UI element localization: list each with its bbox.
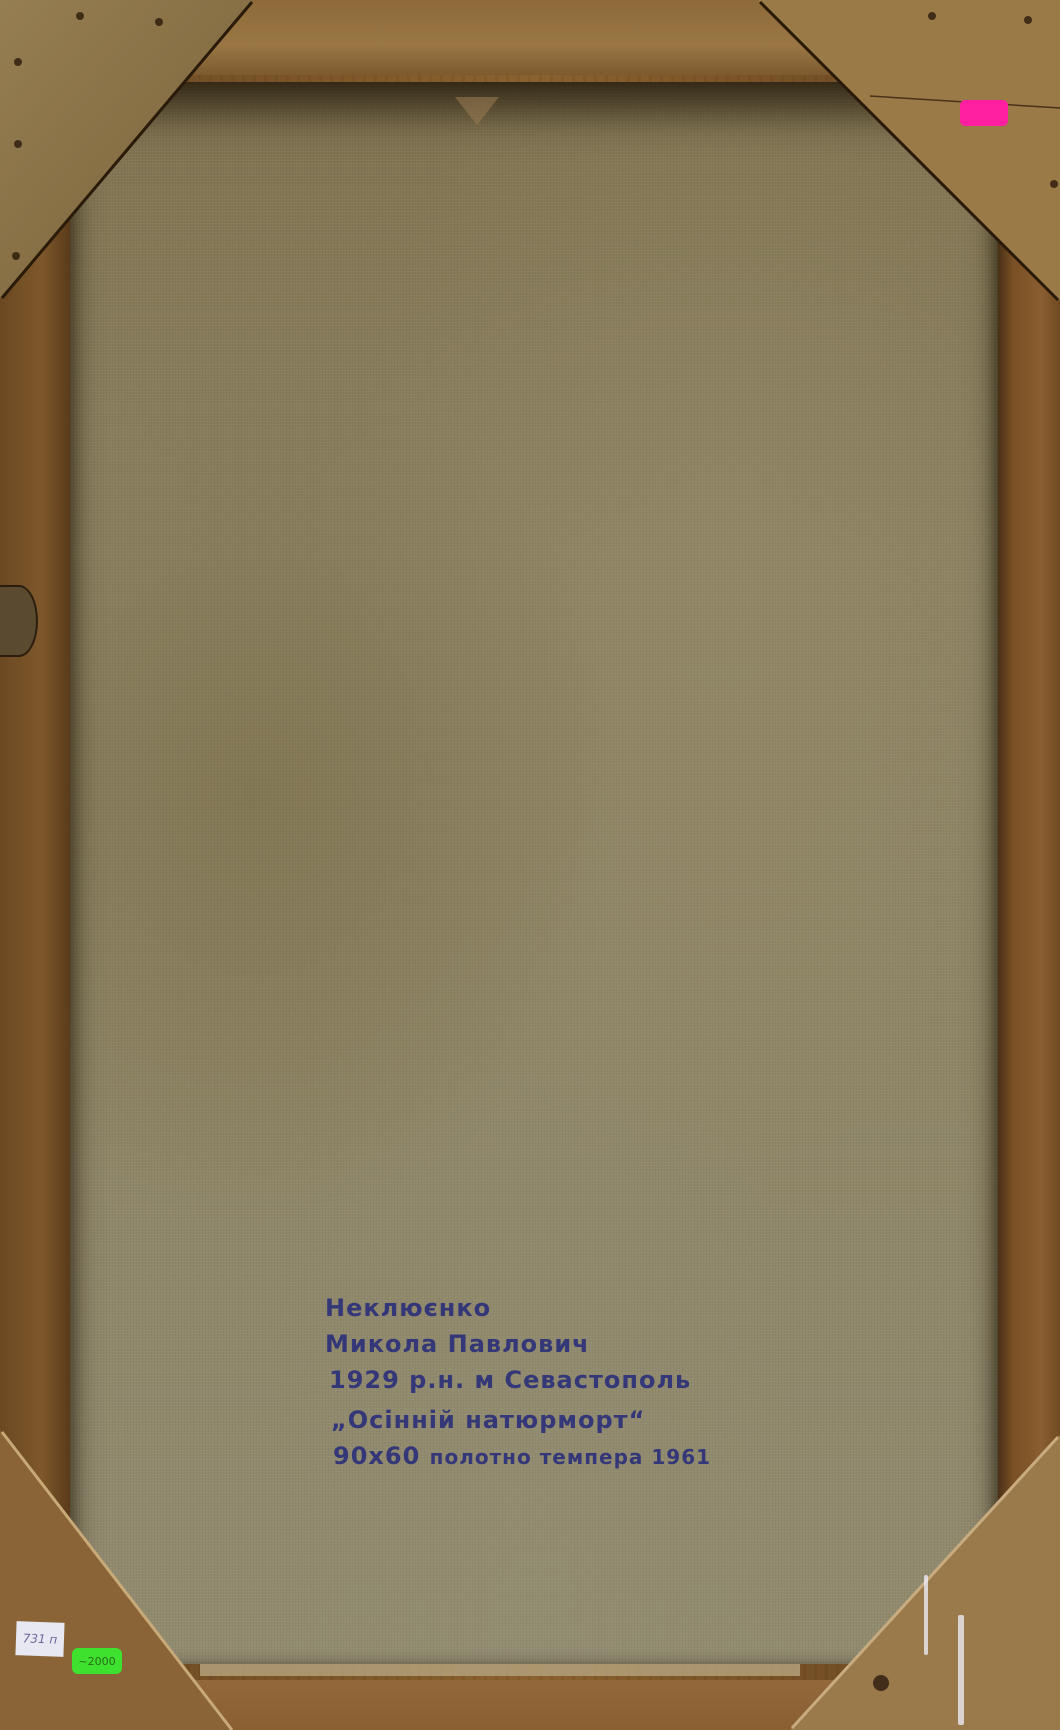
canvas-mark-triangle (455, 97, 499, 125)
price-sticker: ~2000 (72, 1648, 122, 1674)
paint-scratch (924, 1575, 928, 1655)
artwork-details: 90х60 полотно темпера 1961 (333, 1444, 825, 1480)
handwritten-inscription: Неклюєнко Микола Павлович 1929 р.н. м Се… (325, 1296, 825, 1480)
pink-sticker (960, 100, 1008, 126)
wood-knot (0, 585, 38, 657)
nail-hole (1050, 180, 1058, 188)
inventory-label: 731 п (15, 1621, 64, 1657)
nail-hole (1024, 16, 1032, 24)
canvas-bottom-edge (200, 1664, 800, 1676)
photo-scene: 731 п ~2000 Неклюєнко Микола Павлович 19… (0, 0, 1060, 1730)
corner-brace-top-left (0, 0, 260, 300)
corner-brace-top-right (750, 0, 1060, 310)
artwork-medium-year: полотно темпера 1961 (430, 1445, 711, 1469)
artist-given-names: Микола Павлович (325, 1332, 825, 1368)
nail-hole (12, 252, 20, 260)
nail-hole (14, 140, 22, 148)
nail-hole (14, 58, 22, 66)
artwork-size: 90х60 (333, 1442, 420, 1470)
artist-surname: Неклюєнко (325, 1296, 825, 1332)
nail-hole (873, 1675, 889, 1691)
corner-brace-bottom-left (0, 1430, 240, 1730)
paint-scratch (958, 1615, 964, 1725)
nail-hole (928, 12, 936, 20)
artwork-title: „Осінній натюрморт“ (331, 1408, 825, 1444)
nail-hole (76, 12, 84, 20)
nail-hole (155, 18, 163, 26)
artist-birth-info: 1929 р.н. м Севастополь (329, 1368, 825, 1404)
